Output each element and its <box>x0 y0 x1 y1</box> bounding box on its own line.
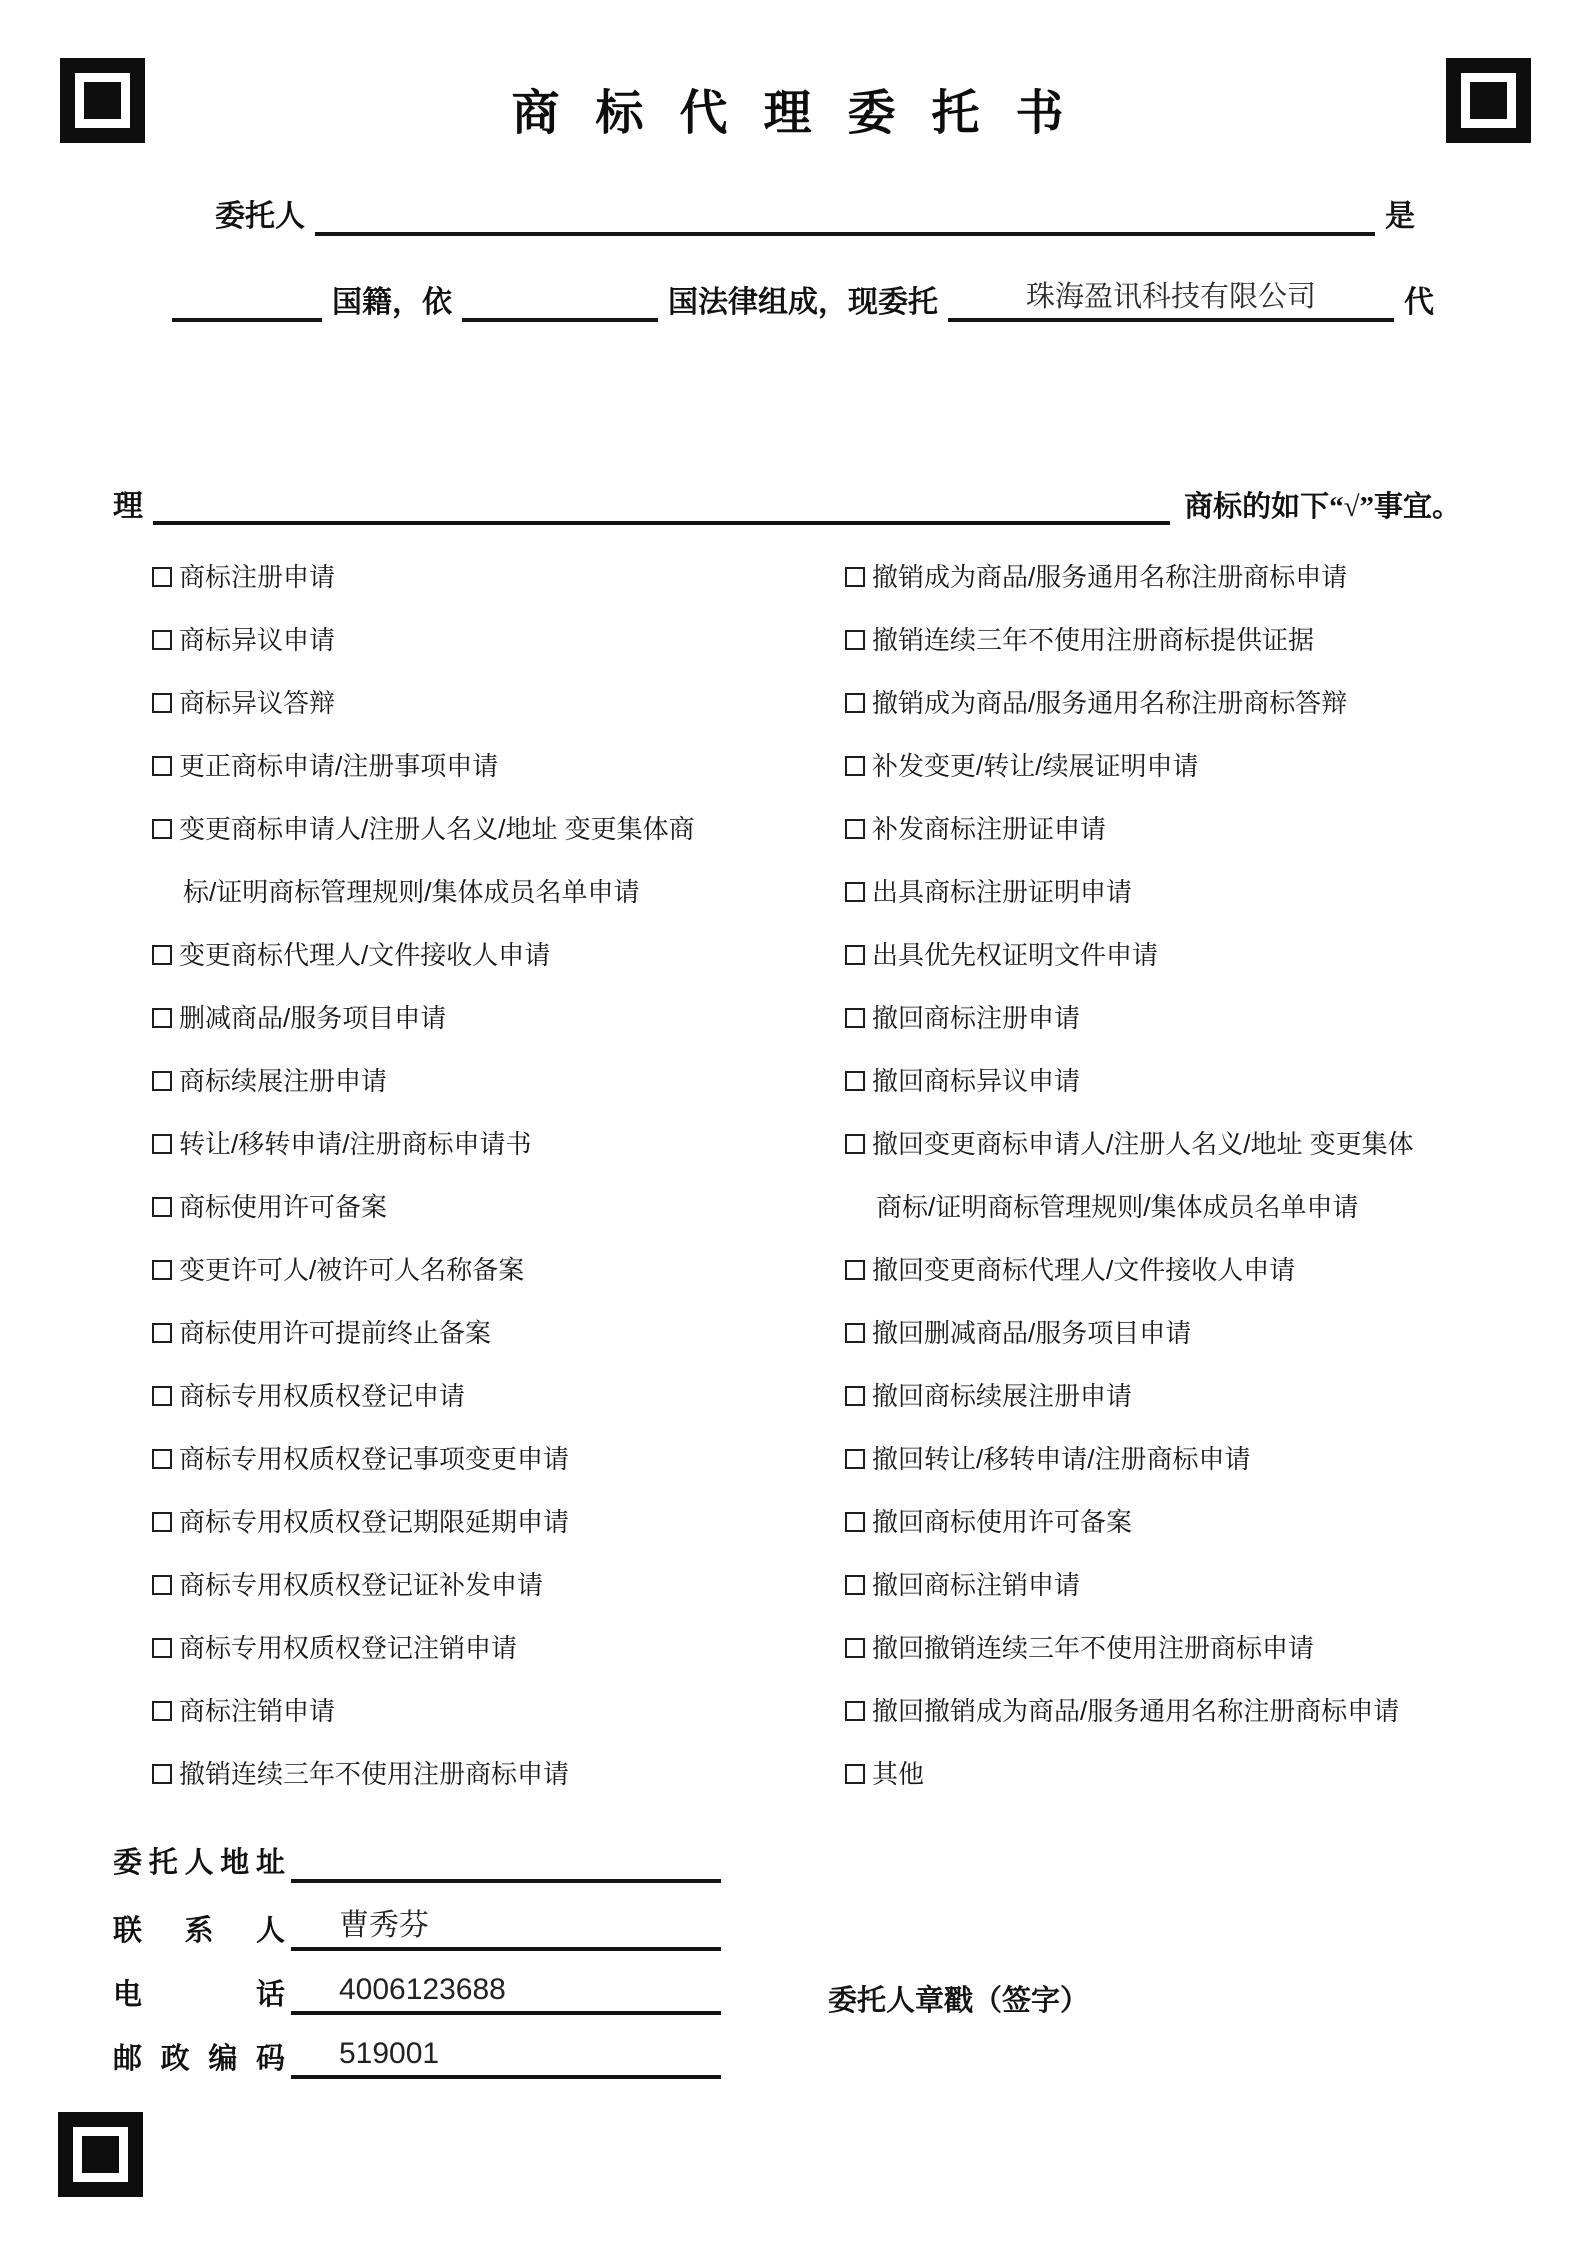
checklist-cell-left: 商标专用权质权登记事项变更申请 <box>152 1446 845 1472</box>
checkbox-label: 撤回商标使用许可备案 <box>872 1509 1132 1535</box>
checklist-cell-right: 撤回商标使用许可备案 <box>845 1509 1482 1535</box>
checklist-cell-right: 撤回撤销连续三年不使用注册商标申请 <box>845 1635 1482 1661</box>
checklist-cell-left: 商标专用权质权登记注销申请 <box>152 1635 845 1661</box>
principal-label: 委托人 <box>215 198 305 236</box>
principal-name-field[interactable] <box>315 232 1375 236</box>
address-value <box>291 1876 721 1879</box>
checkbox-label: 出具优先权证明文件申请 <box>872 942 1158 968</box>
contact-row: 联 系 人 曹秀芬 <box>113 1908 721 1951</box>
checkbox[interactable] <box>845 1071 865 1091</box>
contact-field[interactable]: 曹秀芬 <box>291 1908 721 1951</box>
checkbox[interactable] <box>845 819 865 839</box>
checkbox[interactable] <box>845 630 865 650</box>
address-row: 委托人地址 <box>113 1845 721 1883</box>
checkbox[interactable] <box>152 1260 172 1280</box>
seal-signature-label: 委托人章戳（签字） <box>828 1978 1089 2019</box>
checkbox-grid: 商标注册申请撤销成为商品/服务通用名称注册商标申请商标异议申请撤销连续三年不使用… <box>152 545 1482 1805</box>
checklist-cell-left: 商标注销申请 <box>152 1698 845 1724</box>
checkbox-label: 撤回商标注册申请 <box>872 1005 1080 1031</box>
checkbox-label: 商标使用许可备案 <box>179 1194 387 1220</box>
principal-suffix: 是 <box>1385 198 1415 236</box>
postal-value: 519001 <box>291 2036 721 2075</box>
contact-value: 曹秀芬 <box>291 1908 721 1947</box>
checkbox-label: 商标专用权质权登记证补发申请 <box>179 1572 543 1598</box>
checkbox-label: 商标/证明商标管理规则/集体成员名单申请 <box>876 1194 1358 1220</box>
checkbox-label: 商标异议答辩 <box>179 690 335 716</box>
checkbox-label: 商标续展注册申请 <box>179 1068 387 1094</box>
postal-row: 邮政编码 519001 <box>113 2036 721 2079</box>
checklist-row: 商标使用许可备案商标/证明商标管理规则/集体成员名单申请 <box>152 1175 1482 1238</box>
checklist-cell-left: 标/证明商标管理规则/集体成员名单申请 <box>152 879 845 905</box>
checklist-cell-right: 撤回商标异议申请 <box>845 1068 1482 1094</box>
checkbox-label: 撤回撤销连续三年不使用注册商标申请 <box>872 1635 1314 1661</box>
matters-label: 理 <box>113 488 143 526</box>
checkbox[interactable] <box>152 1512 172 1532</box>
checklist-cell-left: 商标专用权质权登记期限延期申请 <box>152 1509 845 1535</box>
checklist-cell-left: 转让/移转申请/注册商标申请书 <box>152 1131 845 1157</box>
checkbox-label: 撤回转让/移转申请/注册商标申请 <box>872 1446 1250 1472</box>
checkbox-label: 变更许可人/被许可人名称备案 <box>179 1257 524 1283</box>
checkbox-label: 商标专用权质权登记申请 <box>179 1383 465 1409</box>
checklist-cell-left: 商标专用权质权登记证补发申请 <box>152 1572 845 1598</box>
checkbox[interactable] <box>845 1134 865 1154</box>
checklist-cell-right: 撤回撤销成为商品/服务通用名称注册商标申请 <box>845 1698 1482 1724</box>
checklist-cell-left: 变更商标代理人/文件接收人申请 <box>152 942 845 968</box>
checklist-cell-right: 撤销连续三年不使用注册商标提供证据 <box>845 627 1482 653</box>
checkbox[interactable] <box>845 1386 865 1406</box>
checklist-cell-right: 撤回删减商品/服务项目申请 <box>845 1320 1482 1346</box>
checkbox-label: 撤销连续三年不使用注册商标申请 <box>179 1761 569 1787</box>
checklist-cell-left: 商标专用权质权登记申请 <box>152 1383 845 1409</box>
checklist-row: 商标专用权质权登记事项变更申请撤回转让/移转申请/注册商标申请 <box>152 1427 1482 1490</box>
checkbox[interactable] <box>845 693 865 713</box>
checkbox-label: 商标专用权质权登记注销申请 <box>179 1635 517 1661</box>
checklist-cell-right: 补发商标注册证申请 <box>845 816 1482 842</box>
checkbox-label: 撤回变更商标申请人/注册人名义/地址 变更集体 <box>872 1131 1414 1157</box>
nationality-line: 国籍，依 国法律组成，现委托 珠海盈讯科技有限公司 代 <box>172 280 1434 322</box>
checklist-row: 转让/移转申请/注册商标申请书撤回变更商标申请人/注册人名义/地址 变更集体 <box>152 1112 1482 1175</box>
trademark-name-field[interactable] <box>153 521 1170 525</box>
checklist-row: 商标专用权质权登记注销申请撤回撤销连续三年不使用注册商标申请 <box>152 1616 1482 1679</box>
checklist-cell-left: 商标异议申请 <box>152 627 845 653</box>
contact-label: 联 系 人 <box>113 1913 285 1951</box>
checkbox-label: 标/证明商标管理规则/集体成员名单申请 <box>183 879 639 905</box>
checkbox-label: 补发商标注册证申请 <box>872 816 1106 842</box>
entrust-label: 国法律组成，现委托 <box>668 284 938 322</box>
checklist-cell-left: 商标异议答辩 <box>152 690 845 716</box>
checklist-row: 变更商标代理人/文件接收人申请出具优先权证明文件申请 <box>152 923 1482 986</box>
checkbox[interactable] <box>152 1764 172 1784</box>
address-label: 委托人地址 <box>113 1845 285 1883</box>
checklist-cell-left: 商标使用许可备案 <box>152 1194 845 1220</box>
checklist-row: 删减商品/服务项目申请撤回商标注册申请 <box>152 986 1482 1049</box>
checkbox[interactable] <box>152 1197 172 1217</box>
checklist-cell-right: 撤回商标注册申请 <box>845 1005 1482 1031</box>
checkbox-label: 商标注销申请 <box>179 1698 335 1724</box>
checklist-row: 商标续展注册申请撤回商标异议申请 <box>152 1049 1482 1112</box>
trademark-poa-document: 商 标 代 理 委 托 书 委托人 是 国籍，依 国法律组成，现委托 珠海盈讯科… <box>0 0 1587 2245</box>
checkbox-label: 其他 <box>872 1761 924 1787</box>
checkbox[interactable] <box>845 1575 865 1595</box>
phone-label: 电 话 <box>113 1977 285 2015</box>
checkbox[interactable] <box>845 1260 865 1280</box>
checklist-row: 变更商标申请人/注册人名义/地址 变更集体商补发商标注册证申请 <box>152 797 1482 860</box>
checklist-row: 商标专用权质权登记证补发申请撤回商标注销申请 <box>152 1553 1482 1616</box>
checkbox[interactable] <box>152 756 172 776</box>
checkbox-label: 撤回商标注销申请 <box>872 1572 1080 1598</box>
agent-suffix: 代 <box>1404 284 1434 322</box>
phone-value: 4006123688 <box>291 1972 721 2011</box>
phone-row: 电 话 4006123688 <box>113 1972 721 2015</box>
agency-name-field[interactable]: 珠海盈讯科技有限公司 <box>948 280 1394 322</box>
checklist-row: 标/证明商标管理规则/集体成员名单申请出具商标注册证明申请 <box>152 860 1482 923</box>
checklist-cell-right: 撤回转让/移转申请/注册商标申请 <box>845 1446 1482 1472</box>
checkbox-label: 撤回商标续展注册申请 <box>872 1383 1132 1409</box>
checklist-cell-right: 出具优先权证明文件申请 <box>845 942 1482 968</box>
checklist-cell-right: 撤回商标续展注册申请 <box>845 1383 1482 1409</box>
postal-field[interactable]: 519001 <box>291 2036 721 2079</box>
checklist-row: 变更许可人/被许可人名称备案撤回变更商标代理人/文件接收人申请 <box>152 1238 1482 1301</box>
matters-line: 理 商标的如下“√”事宜。 <box>113 484 1461 525</box>
checklist-cell-left: 商标使用许可提前终止备案 <box>152 1320 845 1346</box>
checklist-cell-right: 补发变更/转让/续展证明申请 <box>845 753 1482 779</box>
matters-suffix: 商标的如下“√”事宜。 <box>1184 484 1461 525</box>
principal-line: 委托人 是 <box>215 198 1415 236</box>
checkbox-label: 变更商标代理人/文件接收人申请 <box>179 942 550 968</box>
checkbox[interactable] <box>152 1701 172 1721</box>
checkbox-label: 商标专用权质权登记期限延期申请 <box>179 1509 569 1535</box>
checklist-cell-left: 变更商标申请人/注册人名义/地址 变更集体商 <box>152 816 845 842</box>
checkbox-label: 撤回撤销成为商品/服务通用名称注册商标申请 <box>872 1698 1399 1724</box>
checklist-row: 商标专用权质权登记申请撤回商标续展注册申请 <box>152 1364 1482 1427</box>
checklist-cell-right: 撤销成为商品/服务通用名称注册商标申请 <box>845 564 1482 590</box>
checkbox-label: 补发变更/转让/续展证明申请 <box>872 753 1198 779</box>
checkbox[interactable] <box>152 945 172 965</box>
checkbox[interactable] <box>845 1764 865 1784</box>
checkbox[interactable] <box>845 882 865 902</box>
checkbox[interactable] <box>152 1575 172 1595</box>
agency-name-value: 珠海盈讯科技有限公司 <box>948 280 1394 318</box>
checklist-cell-right: 其他 <box>845 1761 1482 1787</box>
checklist-cell-right: 撤回变更商标代理人/文件接收人申请 <box>845 1257 1482 1283</box>
checkbox-label: 撤回删减商品/服务项目申请 <box>872 1320 1191 1346</box>
law-country-field[interactable] <box>462 318 658 322</box>
checkbox-label: 撤销连续三年不使用注册商标提供证据 <box>872 627 1314 653</box>
checkbox[interactable] <box>845 1638 865 1658</box>
checklist-cell-right: 出具商标注册证明申请 <box>845 879 1482 905</box>
checklist-row: 商标注销申请撤回撤销成为商品/服务通用名称注册商标申请 <box>152 1679 1482 1742</box>
checklist-row: 商标注册申请撤销成为商品/服务通用名称注册商标申请 <box>152 545 1482 608</box>
checklist-cell-left: 商标注册申请 <box>152 564 845 590</box>
checkbox[interactable] <box>152 1008 172 1028</box>
checklist-cell-left: 更正商标申请/注册事项申请 <box>152 753 845 779</box>
checkbox[interactable] <box>845 1449 865 1469</box>
checkbox[interactable] <box>152 693 172 713</box>
checkbox-label: 商标注册申请 <box>179 564 335 590</box>
phone-field[interactable]: 4006123688 <box>291 1972 721 2015</box>
checklist-row: 商标使用许可提前终止备案撤回删减商品/服务项目申请 <box>152 1301 1482 1364</box>
checklist-cell-right: 商标/证明商标管理规则/集体成员名单申请 <box>845 1194 1482 1220</box>
checkbox[interactable] <box>845 756 865 776</box>
checkbox[interactable] <box>845 1512 865 1532</box>
fiducial-marker-bottom-left <box>58 2112 143 2197</box>
checklist-row: 更正商标申请/注册事项申请补发变更/转让/续展证明申请 <box>152 734 1482 797</box>
checkbox[interactable] <box>152 630 172 650</box>
checkbox-label: 撤回变更商标代理人/文件接收人申请 <box>872 1257 1295 1283</box>
checkbox[interactable] <box>152 1323 172 1343</box>
checkbox[interactable] <box>845 945 865 965</box>
checkbox[interactable] <box>845 1008 865 1028</box>
checkbox[interactable] <box>845 567 865 587</box>
checklist-cell-left: 撤销连续三年不使用注册商标申请 <box>152 1761 845 1787</box>
checklist-row: 商标异议答辩撤销成为商品/服务通用名称注册商标答辩 <box>152 671 1482 734</box>
checklist-cell-right: 撤回变更商标申请人/注册人名义/地址 变更集体 <box>845 1131 1482 1157</box>
checkbox[interactable] <box>152 1134 172 1154</box>
nationality-field[interactable] <box>172 318 322 322</box>
checkbox-label: 商标专用权质权登记事项变更申请 <box>179 1446 569 1472</box>
checkbox-label: 删减商品/服务项目申请 <box>179 1005 446 1031</box>
checklist-cell-left: 商标续展注册申请 <box>152 1068 845 1094</box>
fiducial-marker-core <box>82 2136 119 2173</box>
checkbox-label: 变更商标申请人/注册人名义/地址 变更集体商 <box>179 816 695 842</box>
checklist-cell-left: 删减商品/服务项目申请 <box>152 1005 845 1031</box>
checkbox[interactable] <box>152 819 172 839</box>
checkbox-label: 商标异议申请 <box>179 627 335 653</box>
address-field[interactable] <box>291 1876 721 1883</box>
checklist-row: 商标异议申请撤销连续三年不使用注册商标提供证据 <box>152 608 1482 671</box>
checklist-row: 商标专用权质权登记期限延期申请撤回商标使用许可备案 <box>152 1490 1482 1553</box>
checkbox[interactable] <box>845 1323 865 1343</box>
checklist-cell-left: 变更许可人/被许可人名称备案 <box>152 1257 845 1283</box>
checklist-row: 撤销连续三年不使用注册商标申请其他 <box>152 1742 1482 1805</box>
nationality-label: 国籍，依 <box>332 284 452 322</box>
checkbox-label: 撤销成为商品/服务通用名称注册商标申请 <box>872 564 1347 590</box>
checklist-cell-right: 撤回商标注销申请 <box>845 1572 1482 1598</box>
checkbox-label: 撤销成为商品/服务通用名称注册商标答辩 <box>872 690 1347 716</box>
checkbox-label: 转让/移转申请/注册商标申请书 <box>179 1131 531 1157</box>
checkbox-label: 出具商标注册证明申请 <box>872 879 1132 905</box>
checkbox[interactable] <box>152 567 172 587</box>
checkbox[interactable] <box>152 1386 172 1406</box>
checkbox[interactable] <box>845 1701 865 1721</box>
checkbox[interactable] <box>152 1638 172 1658</box>
checkbox[interactable] <box>152 1071 172 1091</box>
checkbox-label: 商标使用许可提前终止备案 <box>179 1320 491 1346</box>
document-title: 商 标 代 理 委 托 书 <box>0 74 1587 143</box>
checkbox-label: 更正商标申请/注册事项申请 <box>179 753 498 779</box>
checklist-cell-right: 撤销成为商品/服务通用名称注册商标答辩 <box>845 690 1482 716</box>
checkbox-label: 撤回商标异议申请 <box>872 1068 1080 1094</box>
checkbox[interactable] <box>152 1449 172 1469</box>
postal-label: 邮政编码 <box>113 2041 285 2079</box>
